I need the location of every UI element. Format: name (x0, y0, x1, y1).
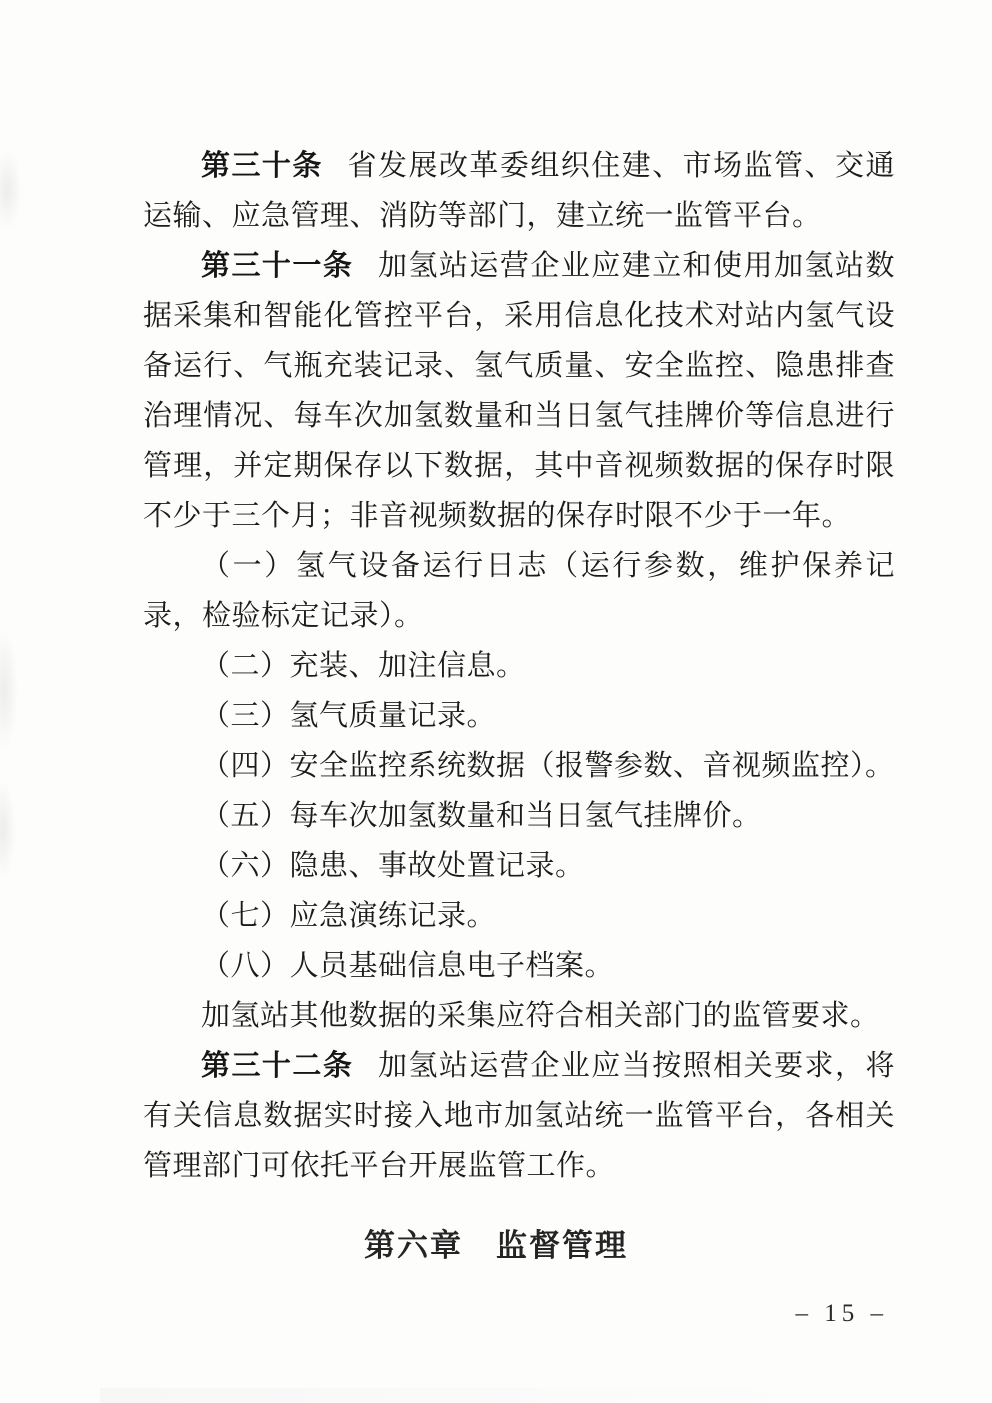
paragraph: （七）应急演练记录。 (143, 891, 895, 941)
article-paragraph: 第三十条省发展改革委组织住建、市场监管、交通运输、应急管理、消防等部门，建立统一… (143, 141, 895, 241)
paragraph: （一）氢气设备运行日志（运行参数，维护保养记录，检验标定记录）。 (143, 541, 895, 641)
paragraph: （四）安全监控系统数据（报警参数、音视频监控）。 (143, 741, 895, 791)
article-paragraph: 第三十二条加氢站运营企业应当按照相关要求，将有关信息数据实时接入地市加氢站统一监… (143, 1041, 895, 1191)
paragraph: （六）隐患、事故处置记录。 (143, 841, 895, 891)
paragraph: （五）每车次加氢数量和当日氢气挂牌价。 (143, 791, 895, 841)
paragraph: （二）充装、加注信息。 (143, 641, 895, 691)
scan-artifact (0, 150, 22, 230)
scan-artifact (100, 1388, 800, 1403)
document-page: 第三十条省发展改革委组织住建、市场监管、交通运输、应急管理、消防等部门，建立统一… (0, 0, 992, 1403)
page-number: – 15 – (796, 1300, 889, 1328)
article-number: 第三十二条 (201, 1050, 353, 1082)
paragraph: 加氢站其他数据的采集应符合相关部门的监管要求。 (143, 991, 895, 1041)
chapter-heading: 第六章 监督管理 (0, 1220, 992, 1265)
document-body: 第三十条省发展改革委组织住建、市场监管、交通运输、应急管理、消防等部门，建立统一… (143, 141, 895, 1191)
article-number: 第三十一条 (201, 250, 353, 282)
paragraph: （三）氢气质量记录。 (143, 691, 895, 741)
scan-artifact (0, 780, 16, 880)
article-number: 第三十条 (201, 150, 323, 182)
paragraph: （八）人员基础信息电子档案。 (143, 941, 895, 991)
article-paragraph: 第三十一条加氢站运营企业应建立和使用加氢站数据采集和智能化管控平台，采用信息化技… (143, 241, 895, 541)
scan-artifact (0, 630, 18, 750)
